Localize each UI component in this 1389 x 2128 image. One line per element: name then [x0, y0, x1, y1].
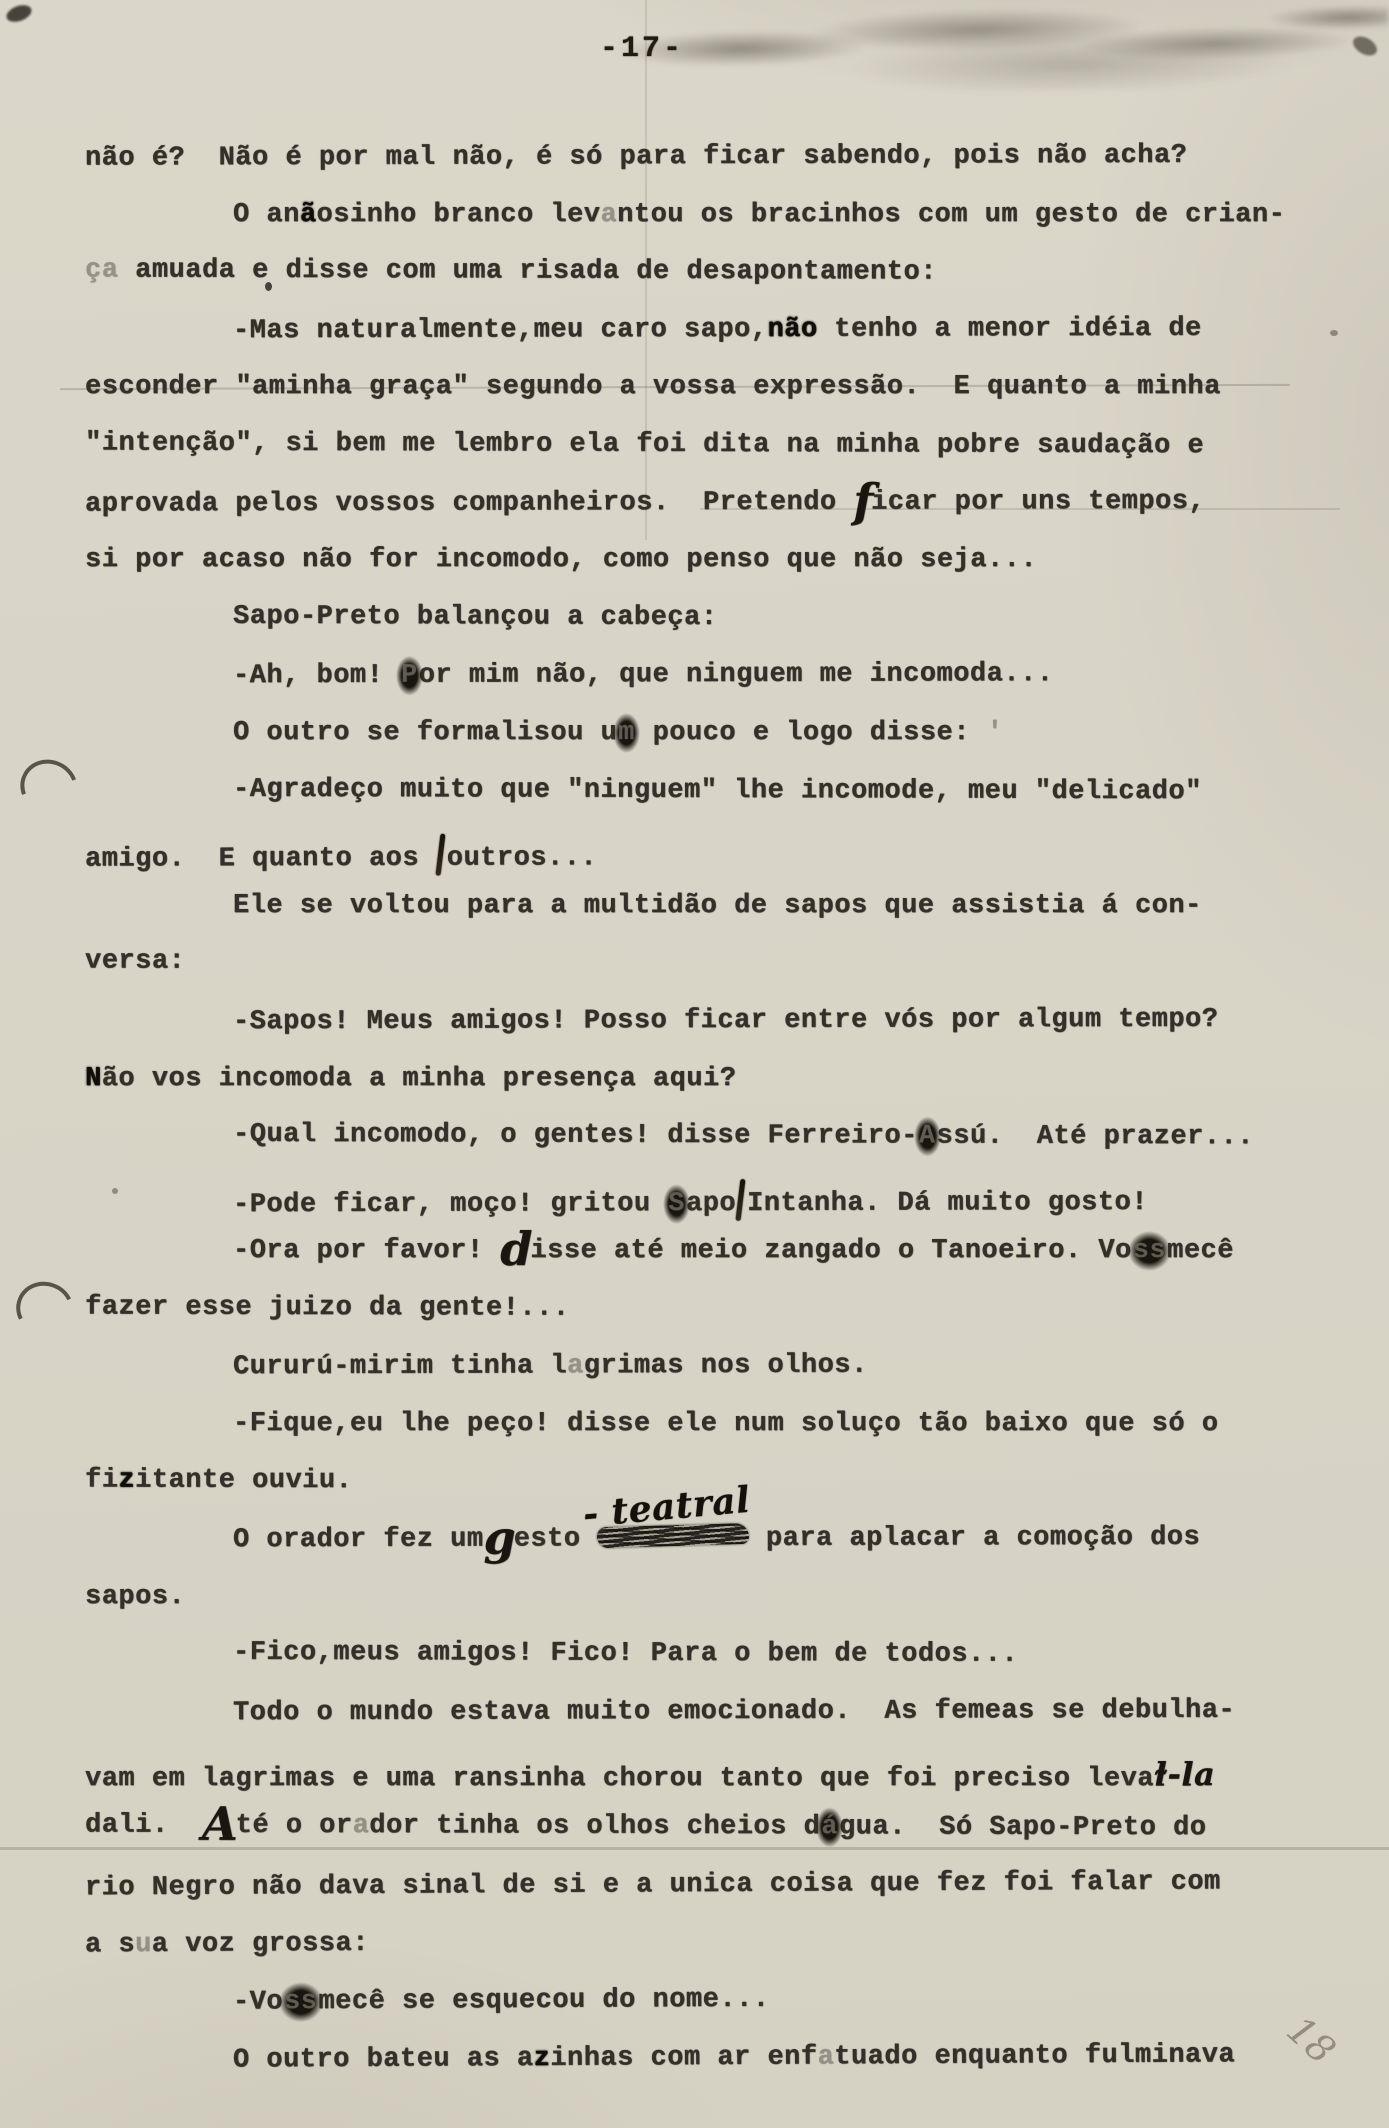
typed-text: amuada e disse com uma risada de desapon…: [135, 256, 937, 288]
typed-text: apo: [686, 1189, 736, 1219]
pen-stroke: [736, 1178, 746, 1220]
typed-text: osinho branco lev: [317, 200, 601, 230]
typed-text: u: [135, 1930, 152, 1960]
typed-text: Intanha. Dá muito gosto!: [747, 1188, 1148, 1219]
text-line: O outro bateu as azinhas com ar enfatuad…: [85, 2039, 1349, 2103]
typed-text: a: [600, 200, 617, 230]
text-line: vam em lagrimas e uma ransinha chorou ta…: [85, 1755, 1349, 1813]
typed-text: -Ah, bom!: [233, 661, 400, 691]
scan-smudge: [598, 0, 1389, 102]
typed-text: icar por uns tempos,: [871, 486, 1205, 517]
text-line: esconder "aminha graça" segundo a vossa …: [85, 372, 1349, 430]
typed-text: itante ouviu.: [135, 1465, 352, 1496]
scribble-redaction: [597, 1523, 750, 1548]
text-line: -Ah, bom! Por mim não, que ninguem me in…: [85, 659, 1349, 720]
typed-text: inhas com ar enf: [550, 2042, 817, 2073]
typed-text: ça: [85, 256, 135, 286]
typed-text: mecê: [1167, 1236, 1234, 1266]
typed-text: ã: [300, 200, 317, 230]
text-line: a sua voz grossa:: [85, 1924, 1349, 1988]
text-line: ça amuada e disse com uma risada de desa…: [85, 256, 1349, 317]
scan-speck: [4, 2, 34, 25]
scan-speck: [1350, 33, 1381, 60]
document-page: -17- não é? Não é por mal não, é só para…: [0, 0, 1389, 2128]
typed-text: gua. Só Sapo-Preto do: [839, 1813, 1207, 1844]
text-line: -Fico,meus amigos! Fico! Para o bem de t…: [85, 1638, 1349, 1699]
handwritten-text: g: [483, 1511, 513, 1565]
typed-text: -Sapos! Meus amigos! Posso ficar entre v…: [233, 1005, 1219, 1037]
text-line: amigo. E quanto aos outros...: [85, 832, 1349, 893]
typed-text: -Agradeço muito que "ninguem" lhe incomo…: [233, 774, 1202, 806]
typed-text: -Fico,meus amigos! Fico! Para o bem de t…: [233, 1638, 1018, 1670]
text-line: -Sapos! Meus amigos! Posso ficar entre v…: [85, 1004, 1349, 1065]
ink-blot: á: [820, 1812, 839, 1842]
document-lines: não é? Não é por mal não, é só para fica…: [0, 142, 1389, 2100]
text-line: O anãosinho branco levantou os bracinhos…: [85, 200, 1349, 258]
typed-text: z: [534, 2043, 551, 2073]
typed-text: ão vos incomoda a minha presença aqui?: [102, 1064, 737, 1094]
typed-text: si por acaso não for incomodo, como pens…: [85, 545, 1037, 575]
typed-text: O outro se formalisou u: [233, 718, 617, 748]
typed-text: sapos.: [85, 1582, 185, 1612]
text-line: -Qual incomodo, o gentes! disse Ferreiro…: [85, 1120, 1349, 1181]
typed-text: amigo. E quanto aos: [85, 844, 436, 875]
text-line: dali. Até o orador tinha os olhos cheios…: [85, 1811, 1349, 1872]
text-line: O orador fez umgesto - teatral para apla…: [85, 1523, 1349, 1584]
text-line: versa:: [85, 947, 1349, 1008]
typed-text: O outro bateu as a: [233, 2044, 534, 2076]
text-line: -Agradeço muito que "ninguem" lhe incomo…: [85, 774, 1349, 835]
typed-text: vam em lagrimas e uma ransinha chorou ta…: [85, 1764, 1154, 1794]
ink-blot: m: [617, 718, 636, 748]
typed-text: a: [817, 2042, 834, 2072]
typed-text: não: [767, 315, 817, 345]
typed-text: té o or: [236, 1811, 353, 1841]
text-line: -Pode ficar, moço! gritou SapoIntanha. D…: [85, 1177, 1349, 1238]
ink-blot: ss: [1132, 1236, 1167, 1266]
text-line: "intenção", si bem me lembro ela foi dit…: [85, 428, 1349, 489]
handwritten-text: A: [202, 1797, 236, 1851]
text-line: Ele se voltou para a multidão de sapos q…: [85, 891, 1349, 949]
typed-text: a: [567, 1352, 584, 1382]
typed-text: a s: [85, 1930, 135, 1960]
text-line: Não vos incomoda a minha presença aqui?: [85, 1064, 1349, 1122]
typed-text: fi: [85, 1465, 118, 1495]
typed-text: aprovada pelos vossos companheiros. Pret…: [85, 487, 853, 519]
typed-text: Ele se voltou para a multidão de sapos q…: [233, 891, 1202, 921]
text-line: não é? Não é por mal não, é só para fica…: [85, 140, 1349, 201]
typed-text: -Pode ficar, moço! gritou: [233, 1189, 667, 1220]
text-line: -Fique,eu lhe peço! disse ele num soluço…: [85, 1409, 1349, 1467]
typed-text: or mim não, que ninguem me incomoda...: [419, 660, 1054, 692]
typed-text: tenho a menor idéia de: [818, 314, 1202, 345]
text-line: Cururú-mirim tinha lagrimas nos olhos.: [85, 1350, 1349, 1411]
typed-text: não é? Não é por mal não, é só para fica…: [85, 141, 1187, 174]
text-line: aprovada pelos vossos companheiros. Pret…: [85, 486, 1349, 547]
text-line: -Ora por favor! disse até meio zangado o…: [85, 1236, 1349, 1294]
ink-blot: P: [400, 661, 419, 691]
typed-text: "intenção", si bem me lembro ela foi dit…: [85, 428, 1204, 461]
ink-blot: A: [918, 1122, 937, 1152]
typed-text: z: [118, 1465, 135, 1495]
typed-text: -Qual incomodo, o gentes! disse Ferreiro…: [233, 1120, 918, 1152]
text-line: -Vossmecê se esquecou do nome...: [85, 1982, 1349, 2046]
typed-text: -Ora por favor!: [233, 1236, 500, 1266]
text-line: sapos.: [85, 1582, 1349, 1640]
text-line: O outro se formalisou um pouco e logo di…: [85, 718, 1349, 776]
handwritten-text: d: [500, 1222, 530, 1276]
typed-text: -Vo: [233, 1987, 283, 2017]
typed-text: outros...: [447, 843, 597, 873]
typed-text: Sapo-Preto balançou a cabeça:: [233, 602, 717, 633]
typed-text: tuado enquanto fulminava: [834, 2040, 1235, 2072]
typed-text: esconder "aminha graça" segundo a vossa …: [85, 372, 1221, 402]
handwritten-text: f: [853, 473, 871, 527]
text-line: Sapo-Preto balançou a cabeça:: [85, 601, 1349, 662]
text-line: fazer esse juizo da gente!...: [85, 1292, 1349, 1353]
typed-text: N: [85, 1064, 102, 1094]
typed-text: dali.: [85, 1811, 202, 1841]
typed-text: -Mas naturalmente,meu caro sapo,: [233, 315, 768, 346]
typed-text: ntou os bracinhos com um gesto de crian-: [617, 200, 1285, 230]
text-line: si por acaso não for incomodo, como pens…: [85, 545, 1349, 603]
typed-text: mecê se esquecou do nome...: [318, 1985, 769, 2017]
text-line: rio Negro não dava sinal de si e a unica…: [85, 1867, 1349, 1931]
typed-text: a: [353, 1811, 370, 1841]
typed-text: O orador fez um: [233, 1525, 484, 1556]
typed-text: Cururú-mirim tinha l: [233, 1352, 567, 1383]
text-line: Todo o mundo estava muito emocionado. As…: [85, 1695, 1349, 1756]
page-number: -17-: [600, 32, 684, 66]
ink-blot: ss: [283, 1987, 319, 2017]
typed-text: -Fique,eu lhe peço! disse ele num soluço…: [233, 1409, 1218, 1439]
typed-text: pouco e logo disse:: [636, 718, 987, 748]
typed-text: Todo o mundo estava muito emocionado. As…: [233, 1696, 1235, 1728]
ink-blot: S: [667, 1189, 686, 1219]
typed-text: para aplacar a comoção dos: [749, 1523, 1200, 1554]
typed-text: O an: [233, 200, 300, 230]
typed-text: fazer esse juizo da gente!...: [85, 1292, 569, 1323]
typed-text: ': [987, 718, 1004, 748]
text-line: -Mas naturalmente,meu caro sapo,não tenh…: [85, 313, 1349, 374]
pen-stroke: [435, 834, 445, 876]
typed-text: isse até meio zangado o Tanoeiro. Vo: [530, 1236, 1131, 1266]
typed-text: dor tinha os olhos cheios d: [369, 1811, 820, 1842]
typed-text: rio Negro não dava sinal de si e a unica…: [85, 1867, 1221, 1903]
typed-text: ssú. Até prazer...: [937, 1122, 1254, 1153]
typed-text: versa:: [85, 947, 185, 977]
typed-text: a voz grossa:: [152, 1929, 369, 1960]
typed-text: grimas nos olhos.: [584, 1351, 868, 1382]
handwritten-text: ɫ-la: [1154, 1755, 1215, 1793]
